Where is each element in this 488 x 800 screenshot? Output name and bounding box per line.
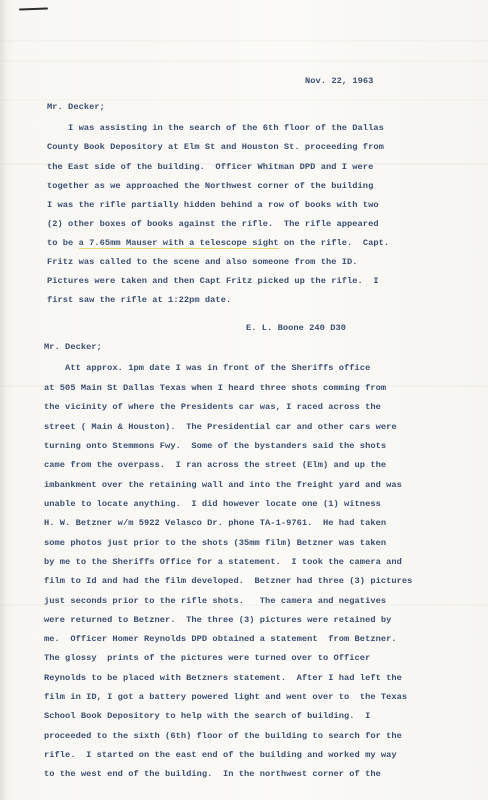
memo1-line-with-highlight: to be a 7.65mm Mauser with a telescope s…	[47, 238, 389, 248]
memo2-line: street ( Main & Houston). The Presidenti…	[44, 422, 397, 432]
memo1-signature: E. L. Boone 240 D30	[246, 323, 346, 333]
memo1-line: the East side of the building. Officer W…	[47, 162, 373, 172]
memo2-line: Att approx. 1pm date I was in front of t…	[44, 363, 370, 373]
memo2-salutation: Mr. Decker;	[44, 342, 102, 352]
memo1-line-suffix: on the rifle. Capt.	[279, 238, 390, 248]
memo2-line: film in ID, I got a battery powered ligh…	[44, 692, 407, 702]
memo2-line: rifle. I started on the east end of the …	[44, 750, 397, 760]
memo2-line: the vicinity of where the Presidents car…	[44, 402, 381, 412]
memo1-line: together as we approached the Northwest …	[47, 181, 373, 191]
memo2-line: me. Officer Homer Reynolds DPD obtained …	[44, 634, 397, 644]
memo2-line: imbankment over the retaining wall and i…	[44, 480, 402, 490]
memo2-line: turning onto Stemmons Fwy. Some of the b…	[44, 441, 386, 451]
memo2-line: H. W. Betzner w/m 5922 Velasco Dr. phone…	[44, 518, 386, 528]
memo1-line: Pictures were taken and then Capt Fritz …	[47, 276, 379, 286]
memo2-line: School Book Depository to help with the …	[44, 711, 370, 721]
scanned-page: Nov. 22, 1963 Mr. Decker; I was assistin…	[0, 0, 488, 800]
memo2-line: by me to the Sheriffs Office for a state…	[44, 557, 402, 567]
memo1-line: I was assisting in the search of the 6th…	[47, 123, 384, 133]
memo2-line: proceeded to the sixth (6th) floor of th…	[44, 731, 402, 741]
memo1-line: Fritz was called to the scene and also s…	[47, 257, 358, 267]
memo-body: Nov. 22, 1963 Mr. Decker; I was assistin…	[0, 0, 488, 800]
memo2-line: at 505 Main St Dallas Texas when I heard…	[44, 383, 386, 393]
memo1-line: County Book Depository at Elm St and Hou…	[47, 142, 384, 152]
memo2-line: came from the overpass. I ran across the…	[44, 460, 386, 470]
memo2-line: just seconds prior to the rifle shots. T…	[44, 596, 386, 606]
memo2-line: Reynolds to be placed with Betzners stat…	[44, 673, 402, 683]
highlighted-rifle-description: a 7.65mm Mauser with a telescope sight	[79, 238, 279, 249]
memo2-line: The glossy prints of the pictures were t…	[44, 653, 370, 663]
memo2-line: were returned to Betzner. The three (3) …	[44, 615, 391, 625]
memo1-line-prefix: to be	[47, 238, 79, 248]
memo2-line: film to Id and had the film developed. B…	[44, 576, 412, 586]
memo2-line: to the west end of the building. In the …	[44, 769, 381, 779]
memo-date: Nov. 22, 1963	[305, 76, 373, 86]
memo1-salutation: Mr. Decker;	[47, 102, 105, 112]
memo1-line: (2) other boxes of books against the rif…	[47, 219, 379, 229]
memo2-line: some photos just prior to the shots (35m…	[44, 538, 386, 548]
memo1-line: first saw the rifle at 1:22pm date.	[47, 295, 231, 305]
memo1-line: I was the rifle partially hidden behind …	[47, 200, 379, 210]
memo2-line: unable to locate anything. I did however…	[44, 499, 381, 509]
